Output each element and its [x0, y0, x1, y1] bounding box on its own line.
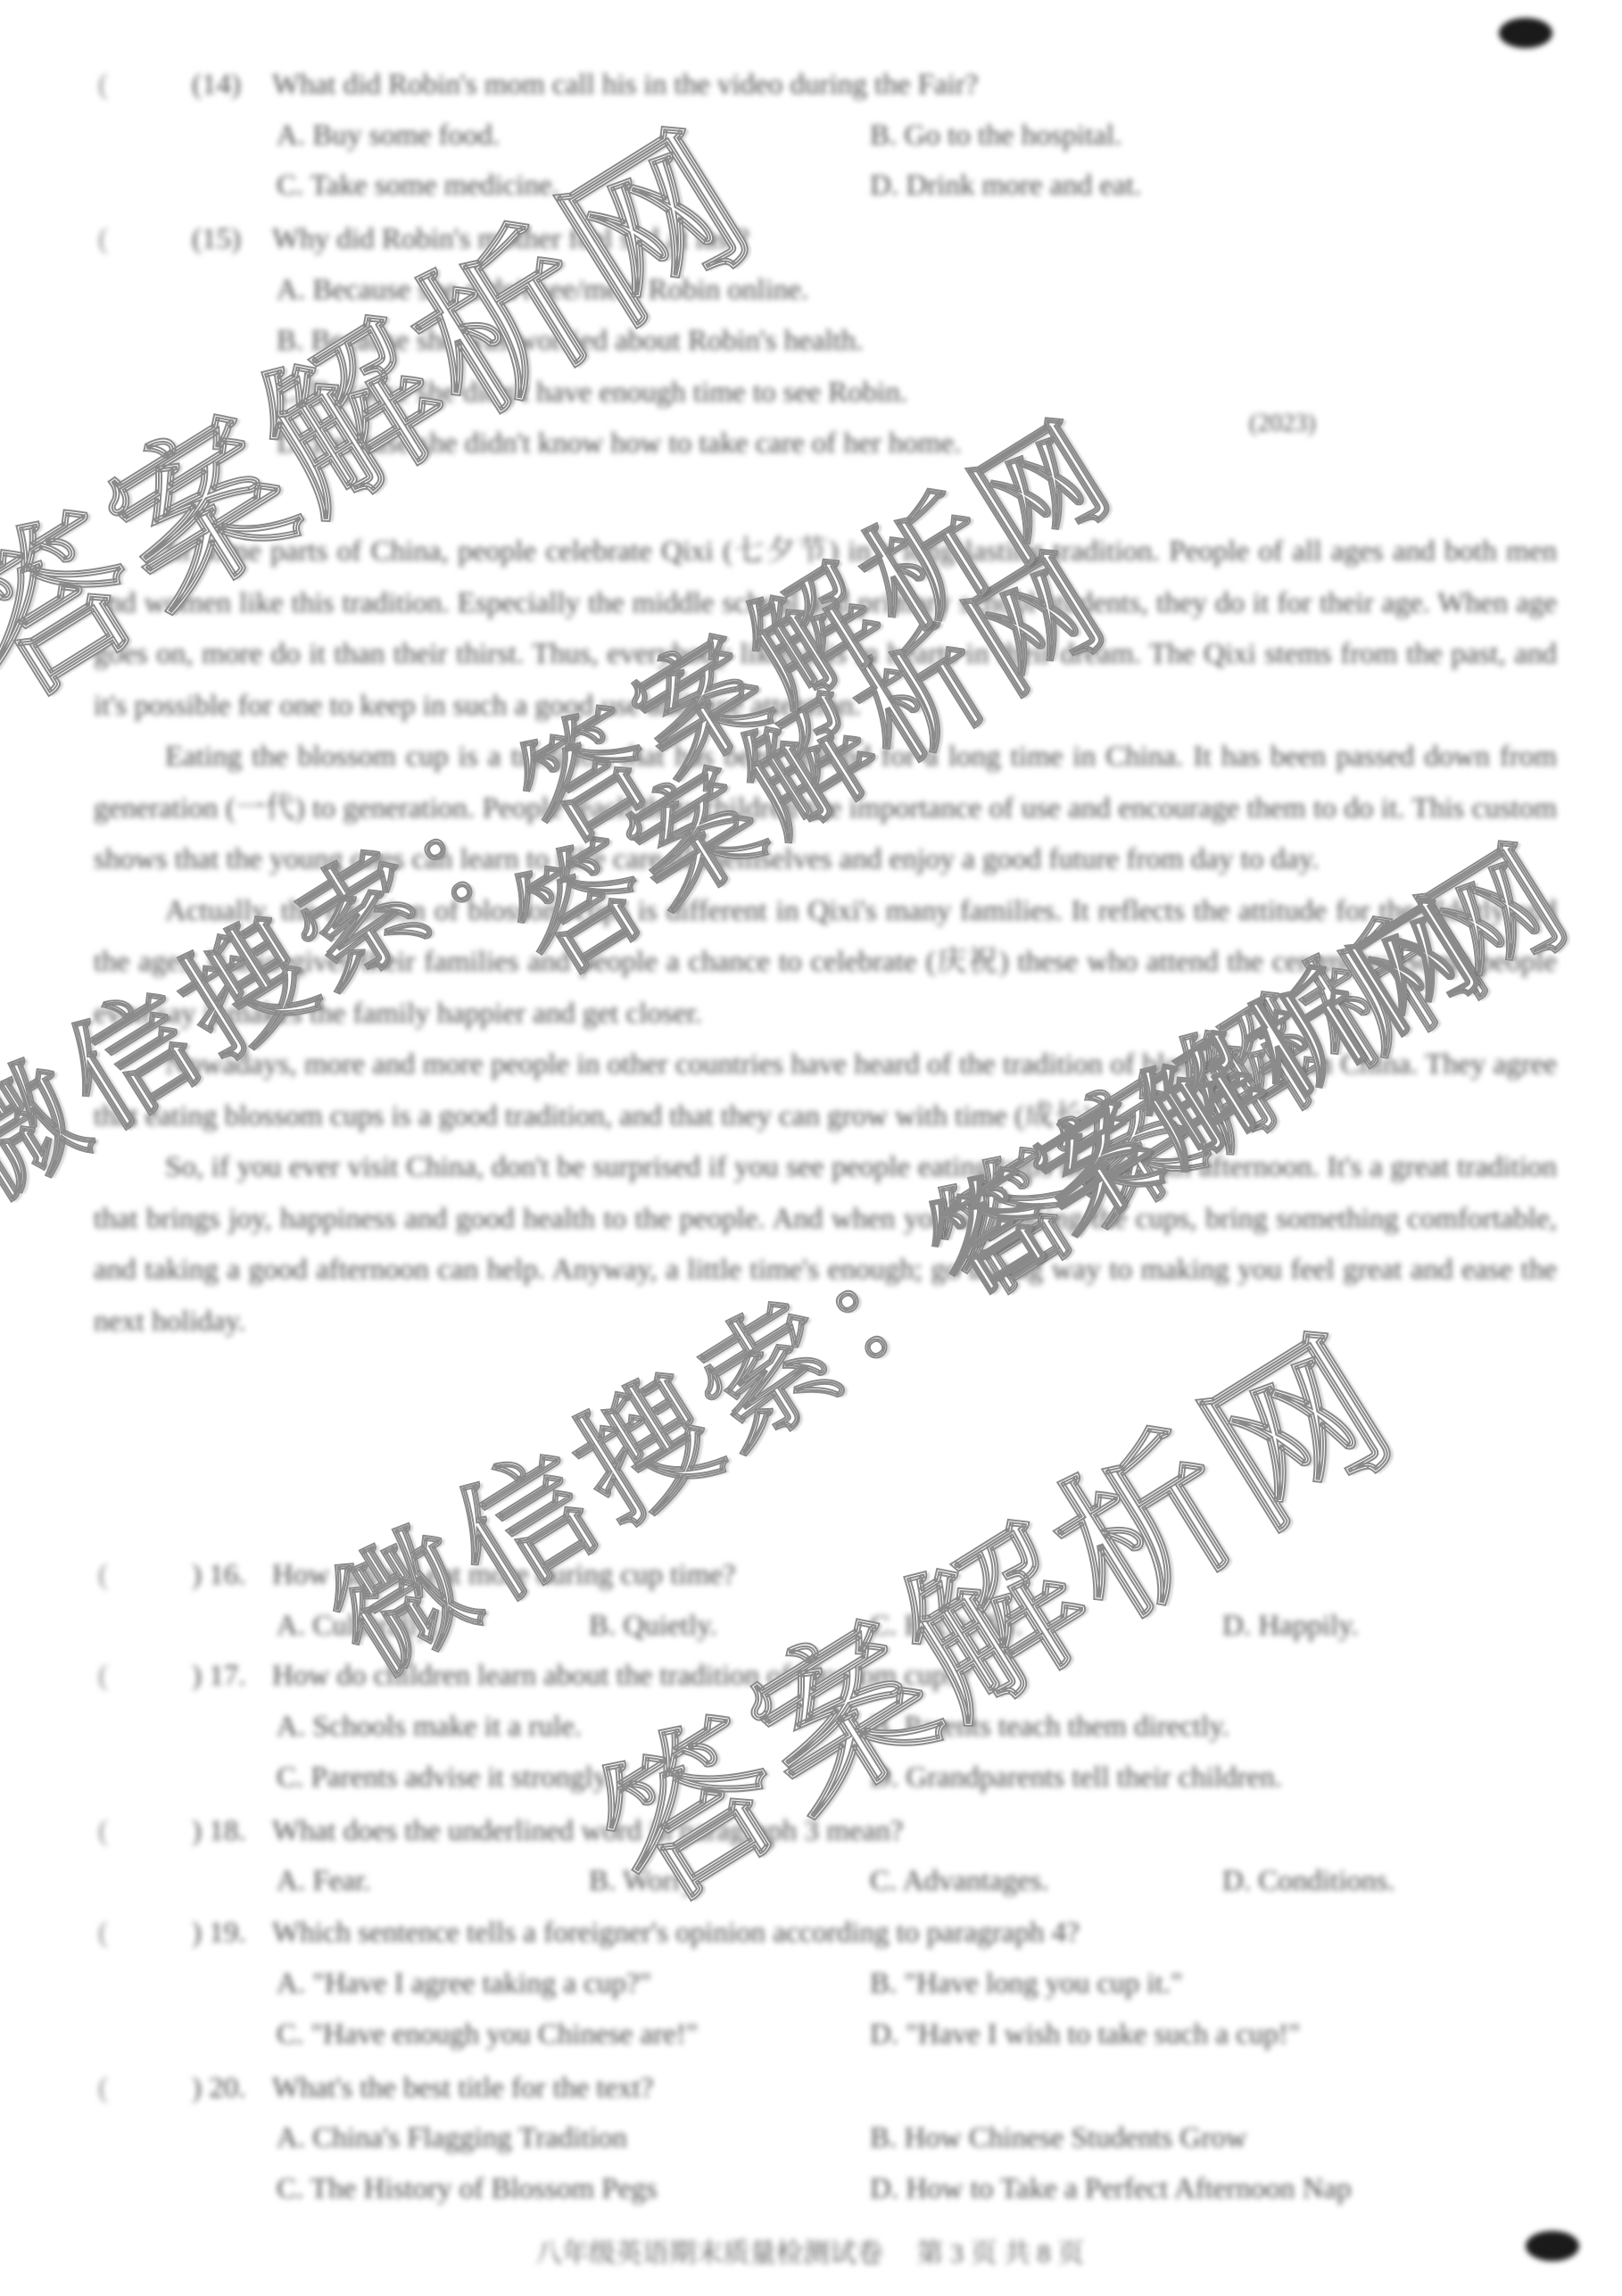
question-text: Which sentence tells a foreigner's opini… [272, 1915, 1080, 1951]
question-number: ) 18. [192, 1813, 246, 1849]
question-number: ) 20. [192, 2070, 246, 2106]
option: C. The History of Blossom Pegs [277, 2171, 658, 2207]
question-text: What does the underlined word in paragra… [272, 1813, 903, 1849]
reading-passage: In some parts of China, people celebrate… [94, 526, 1557, 1347]
option: C. "Have enough you Chinese are!" [277, 2017, 698, 2052]
question-number: ) 17. [192, 1658, 246, 1694]
answer-paren: ( [98, 1813, 108, 1849]
page-corner-marker [1499, 18, 1552, 48]
option: B. Because she was worried about Robin's… [277, 323, 864, 359]
page-corner-marker [1526, 2231, 1579, 2261]
passage-paragraph: Eating the blossom cup is a tradition th… [94, 732, 1557, 886]
option: A. Because she didn't see/meet Robin onl… [277, 272, 808, 308]
question-number: ) 19. [192, 1915, 246, 1951]
option: A. China's Flagging Tradition [277, 2120, 627, 2156]
answer-paren: ( [98, 1658, 108, 1694]
option: D. "Have I wish to take such a cup!" [870, 2017, 1300, 2052]
question-number: ) 16. [192, 1557, 246, 1593]
option: D. Grandparents tell their children. [870, 1760, 1282, 1795]
option: A. Fear. [277, 1863, 370, 1899]
option: B. How Chinese Students Grow [870, 2120, 1247, 2156]
option: B. "Have long you cup it." [870, 1966, 1183, 2002]
question-number: (15) [192, 221, 241, 257]
answer-paren: ( [98, 1915, 108, 1951]
exam-page: ( (14) What did Robin's mom call his in … [0, 0, 1622, 2296]
option: B. Go to the hospital. [870, 118, 1121, 153]
page-footer: 八年级英语期末质量检测试卷 第 3 页 共 8 页 [535, 2231, 1084, 2270]
question-text: Why did Robin's mother feel sad at last? [272, 221, 749, 257]
option: A. "Have I agree taking a cup?" [277, 1966, 651, 2002]
question-text: How can we eat more during cup time? [272, 1557, 736, 1593]
option: D. Conditions. [1222, 1863, 1394, 1899]
option: B. Worry. [589, 1863, 703, 1899]
side-note: (2023) [1249, 406, 1316, 442]
footer-title: 八年级英语期末质量检测试卷 [535, 2239, 883, 2268]
passage-paragraph: Actually, the tradition of blossom cups … [94, 886, 1557, 1040]
question-text: What's the best title for the text? [272, 2070, 653, 2106]
answer-paren: ( [98, 67, 108, 103]
option: C. Advantages. [870, 1863, 1049, 1899]
answer-paren: ( [98, 221, 108, 257]
passage-paragraph: In some parts of China, people celebrate… [94, 526, 1557, 732]
question-text: How do children learn about the traditio… [272, 1658, 972, 1694]
option: D. How to Take a Perfect Afternoon Nap [870, 2171, 1352, 2207]
answer-paren: ( [98, 2070, 108, 2106]
option: C. Because she didn't have enough time t… [277, 375, 907, 410]
option: D. Drink more and eat. [870, 168, 1141, 203]
option: D. Happily. [1222, 1608, 1359, 1644]
option: B. Quietly. [589, 1608, 717, 1644]
page-number: 第 3 页 共 8 页 [917, 2239, 1085, 2268]
question-text: What did Robin's mom call his in the vid… [272, 67, 978, 103]
answer-paren: ( [98, 1557, 108, 1593]
option: A. Culturally. [277, 1608, 437, 1644]
option: A. Buy some food. [277, 118, 500, 153]
option: A. Schools make it a rule. [277, 1709, 582, 1745]
option: D. Because she didn't know how to take c… [277, 426, 961, 461]
option: C. Parents advise it strongly. [277, 1760, 613, 1795]
option: C. Excitedly. [870, 1608, 1022, 1644]
passage-paragraph: Nowadays, more and more people in other … [94, 1040, 1557, 1142]
passage-paragraph: So, if you ever visit China, don't be su… [94, 1142, 1557, 1347]
option: C. Take some medicine. [277, 168, 559, 203]
option: B. Parents teach them directly. [870, 1709, 1229, 1745]
question-number: (14) [192, 67, 241, 103]
